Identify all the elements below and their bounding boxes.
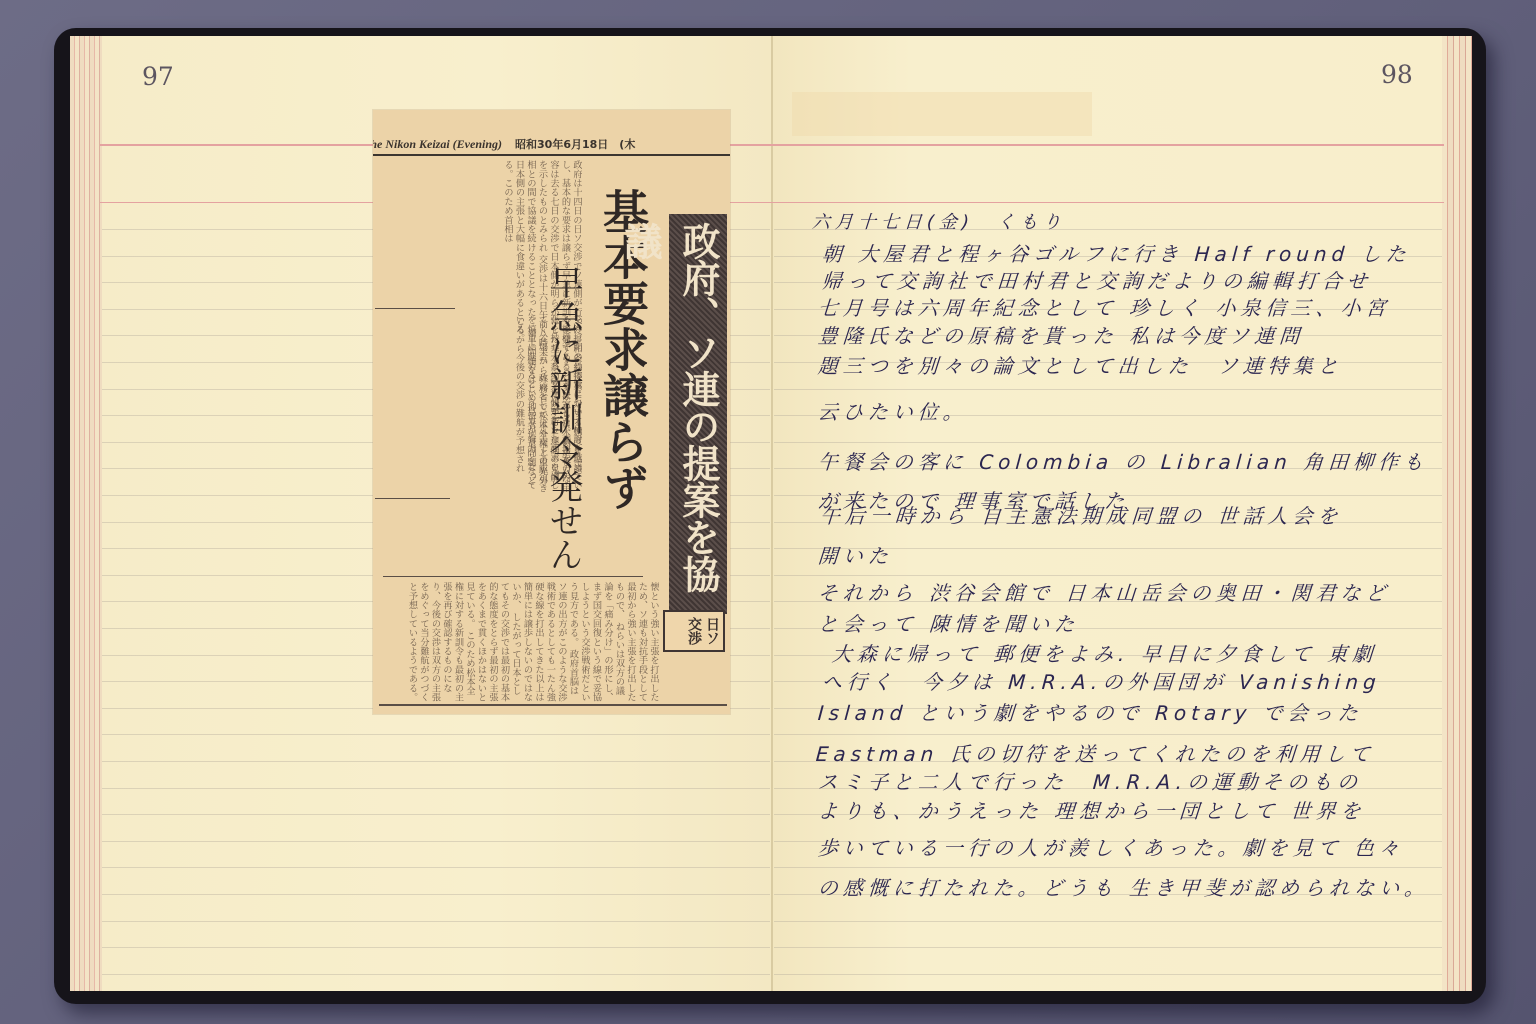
diary-line: スミ子と二人で行った M.R.A.の運動そのもの bbox=[817, 766, 1363, 795]
ruled-line bbox=[102, 867, 770, 868]
masthead-date: 昭和30年6月18日 bbox=[515, 138, 608, 151]
diary-line: の感慨に打たれた。どうも 生き甲斐が認められない。 bbox=[817, 872, 1430, 901]
article-subheadline: 早急に新訓令発せん bbox=[541, 265, 583, 585]
masthead-title: The Nikon Keizai (Evening) bbox=[373, 137, 502, 151]
ruled-line bbox=[774, 575, 1442, 576]
diary-line: と会って 陳情を聞いた bbox=[817, 608, 1080, 637]
ruled-line bbox=[102, 894, 770, 895]
diary-line: 題三つを別々の論文として出した ソ連特集と bbox=[817, 350, 1344, 379]
topic-tag: 日ソ交渉 bbox=[663, 610, 725, 652]
header-rule-top bbox=[100, 144, 1444, 146]
diary-line: 豊隆氏などの原稿を貰った 私は今度ソ連問 bbox=[817, 320, 1305, 349]
diary-line: 七月号は六周年紀念として 珍しく 小泉信三、小宮 bbox=[817, 292, 1392, 321]
ruled-line bbox=[102, 788, 770, 789]
ruled-line bbox=[102, 921, 770, 922]
ruled-line bbox=[774, 867, 1442, 868]
ruled-line bbox=[102, 761, 770, 762]
ruled-line bbox=[774, 974, 1442, 975]
ruled-line bbox=[774, 389, 1442, 390]
ruled-line bbox=[102, 974, 770, 975]
masthead-day: (木 bbox=[619, 138, 635, 151]
diary-line: Eastman 氏の切符を送ってくれたのを利用して bbox=[815, 738, 1376, 767]
page-number-right: 98 bbox=[1381, 60, 1413, 89]
bottom-divider bbox=[379, 704, 727, 706]
ruled-line bbox=[774, 921, 1442, 922]
diary-line: よりも、かうえった 理想から一団として 世界を bbox=[817, 795, 1367, 824]
column-divider bbox=[375, 308, 455, 309]
ruled-line bbox=[102, 841, 770, 842]
diary-line: Island という劇をやるので Rotary で会った bbox=[817, 697, 1364, 726]
ruled-line bbox=[102, 947, 770, 948]
right-page-edges bbox=[1442, 36, 1472, 991]
diary-line: 朝 大屋君と程ヶ谷ゴルフに行き Half round した bbox=[821, 238, 1412, 267]
banner-headline: 政府、ソ連の提案を協議 bbox=[669, 214, 727, 614]
ruled-line bbox=[102, 734, 770, 735]
diary-line: 午餐会の客に Colombia の Libralian 角田柳作も bbox=[817, 446, 1429, 475]
ruled-line bbox=[774, 734, 1442, 735]
section-divider bbox=[383, 576, 643, 577]
page-number-left: 97 bbox=[142, 62, 174, 91]
column-divider bbox=[375, 498, 450, 499]
diary-line: 歩いている一行の人が羨しくあった。劇を見て 色々 bbox=[817, 832, 1405, 861]
diary-line: 開いた bbox=[817, 540, 894, 569]
faint-stain bbox=[792, 92, 1092, 136]
diary-line: それから 渋谷会館で 日本山岳会の奥田・関君など bbox=[817, 577, 1392, 606]
article-body-lower: 懐という強い主張を打出したため、ソ連も対抗手段として最初から強い主張を打出したも… bbox=[379, 582, 659, 702]
clipping-masthead: The Nikon Keizai (Evening) 昭和30年6月18日 (木 bbox=[373, 136, 730, 156]
gutter bbox=[771, 36, 773, 991]
diary-line: 云ひたい位。 bbox=[817, 396, 969, 425]
ruled-line bbox=[774, 442, 1442, 443]
diary-line: へ行く 今夕は M.R.A.の外国団が Vanishing bbox=[821, 666, 1382, 695]
diary-line: 午后一時から 自主憲法期成同盟の 世話人会を bbox=[819, 500, 1344, 529]
diary-line: 大森に帰って 郵便をよみ. 早目に夕食して 東劇 bbox=[831, 638, 1378, 667]
ruled-line bbox=[102, 814, 770, 815]
diary-date-line: 六月十七日(金) くもり bbox=[811, 208, 1067, 234]
header-rule-bottom bbox=[100, 202, 1444, 203]
left-page-edges bbox=[70, 36, 102, 991]
diary-line: 帰って交詢社で田村君と交詢だよりの編輯打合せ bbox=[821, 265, 1373, 294]
ruled-line bbox=[774, 947, 1442, 948]
newspaper-clipping: The Nikon Keizai (Evening) 昭和30年6月18日 (木… bbox=[373, 110, 730, 714]
